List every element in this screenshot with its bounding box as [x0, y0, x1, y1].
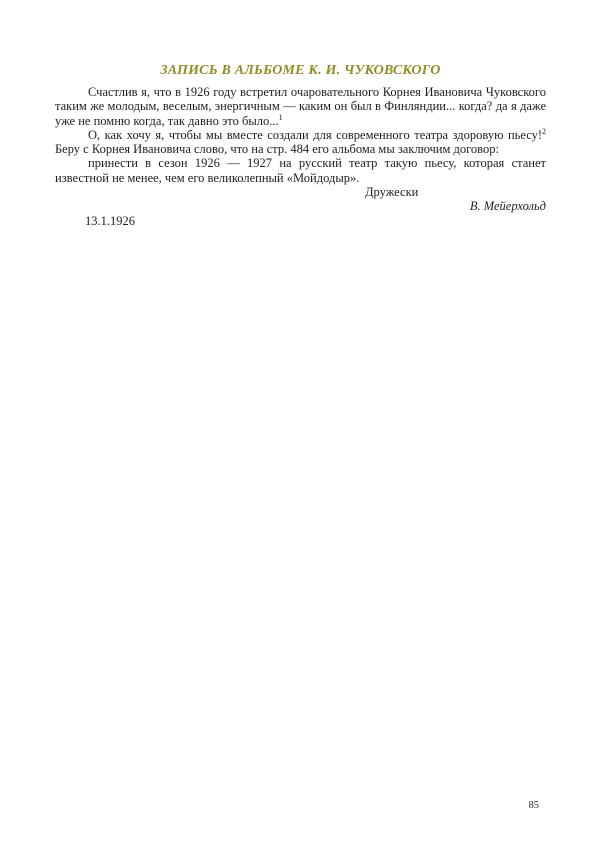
paragraph-text: Беру с Корнея Ивановича слово, что на ст… — [55, 142, 499, 156]
footnote-ref: 1 — [279, 112, 283, 121]
valediction: Дружески — [55, 185, 546, 199]
document-page: ЗАПИСЬ В АЛЬБОМЕ К. И. ЧУКОВСКОГО Счастл… — [0, 0, 600, 849]
footnote-ref: 2 — [542, 127, 546, 136]
paragraph-text: Счастлив я, что в 1926 году встретил оча… — [55, 85, 546, 128]
signature: В. Мейерхольд — [55, 199, 546, 213]
paragraph: принести в сезон 1926 — 1927 на русский … — [55, 156, 546, 185]
paragraph: О, как хочу я, чтобы мы вместе создали д… — [55, 128, 546, 157]
date-line: 13.1.1926 — [55, 214, 546, 228]
paragraph: Счастлив я, что в 1926 году встретил оча… — [55, 85, 546, 128]
paragraph-text: принести в сезон 1926 — 1927 на русский … — [55, 156, 546, 184]
document-title: ЗАПИСЬ В АЛЬБОМЕ К. И. ЧУКОВСКОГО — [55, 62, 546, 79]
paragraph-text: О, как хочу я, чтобы мы вместе создали д… — [88, 128, 542, 142]
page-number: 85 — [529, 799, 540, 812]
document-content: ЗАПИСЬ В АЛЬБОМЕ К. И. ЧУКОВСКОГО Счастл… — [55, 62, 546, 228]
